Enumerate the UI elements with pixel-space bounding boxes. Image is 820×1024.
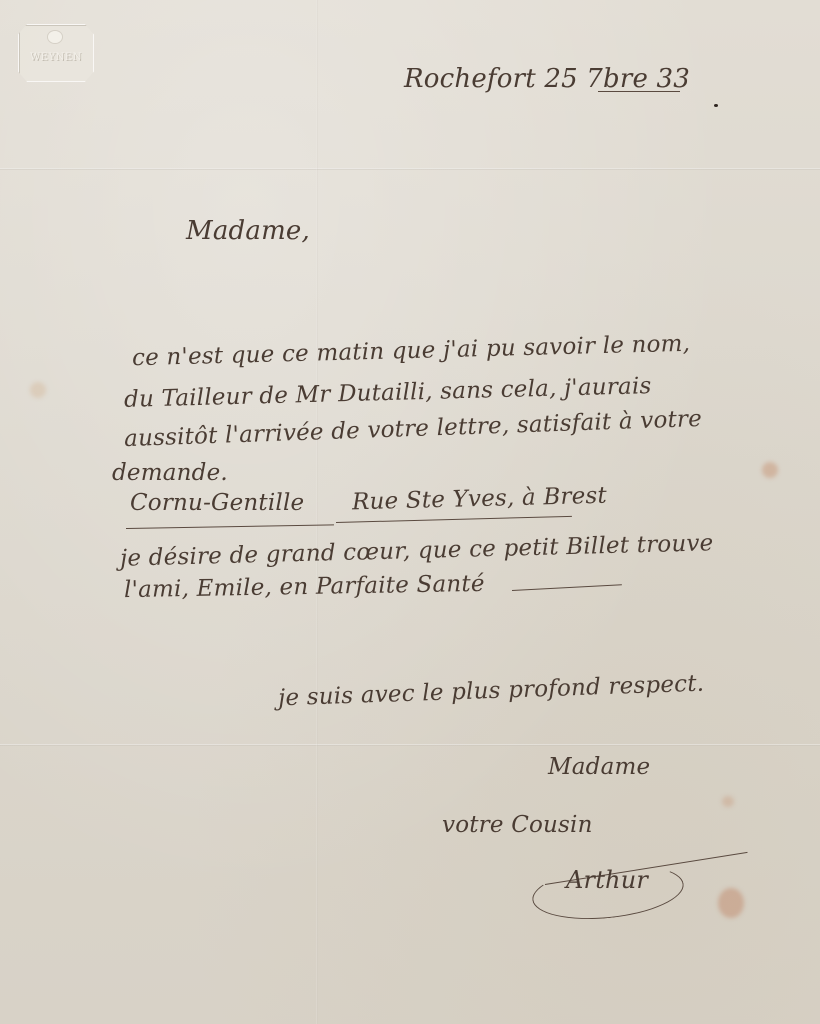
place-date: Rochefort 25 7bre 33 — [404, 64, 690, 94]
wish-line: l'ami, Emile, en Parfaite Santé — [124, 571, 485, 603]
closing-salutation: Madame — [548, 754, 650, 780]
ink-dot — [714, 104, 718, 107]
fold-line — [0, 744, 820, 746]
address-street: Rue Ste Yves, à Brest — [352, 483, 608, 516]
salutation: Madame, — [186, 216, 310, 246]
valediction: votre Cousin — [442, 812, 593, 838]
wish-line: je désire de grand cœur, que ce petit Bi… — [120, 530, 714, 572]
letter-sheet: WEYNEN Rochefort 25 7bre 33 Madame, ce n… — [0, 0, 820, 1024]
signature: Arthur — [566, 866, 648, 894]
ink-stain — [762, 462, 778, 478]
watermark-emboss: WEYNEN — [18, 24, 94, 82]
body-line: demande. — [112, 460, 228, 486]
address-name: Cornu-Gentille — [130, 490, 304, 516]
fold-line — [0, 168, 820, 170]
address-underline — [126, 524, 334, 529]
fold-line — [316, 0, 318, 1024]
ink-stain — [30, 382, 46, 398]
ink-stain — [718, 888, 744, 918]
body-line: aussitôt l'arrivée de votre lettre, sati… — [124, 406, 703, 452]
ink-stain — [722, 796, 734, 807]
crest-icon — [48, 31, 62, 43]
body-line: ce n'est que ce matin que j'ai pu savoir… — [132, 331, 691, 372]
respect-line: je suis avec le plus profond respect. — [278, 671, 705, 712]
date-underline — [598, 91, 680, 92]
address-underline — [336, 516, 572, 523]
watermark-text: WEYNEN — [19, 52, 93, 63]
line-filler — [512, 584, 622, 591]
body-line: du Tailleur de Mr Dutailli, sans cela, j… — [124, 373, 652, 413]
